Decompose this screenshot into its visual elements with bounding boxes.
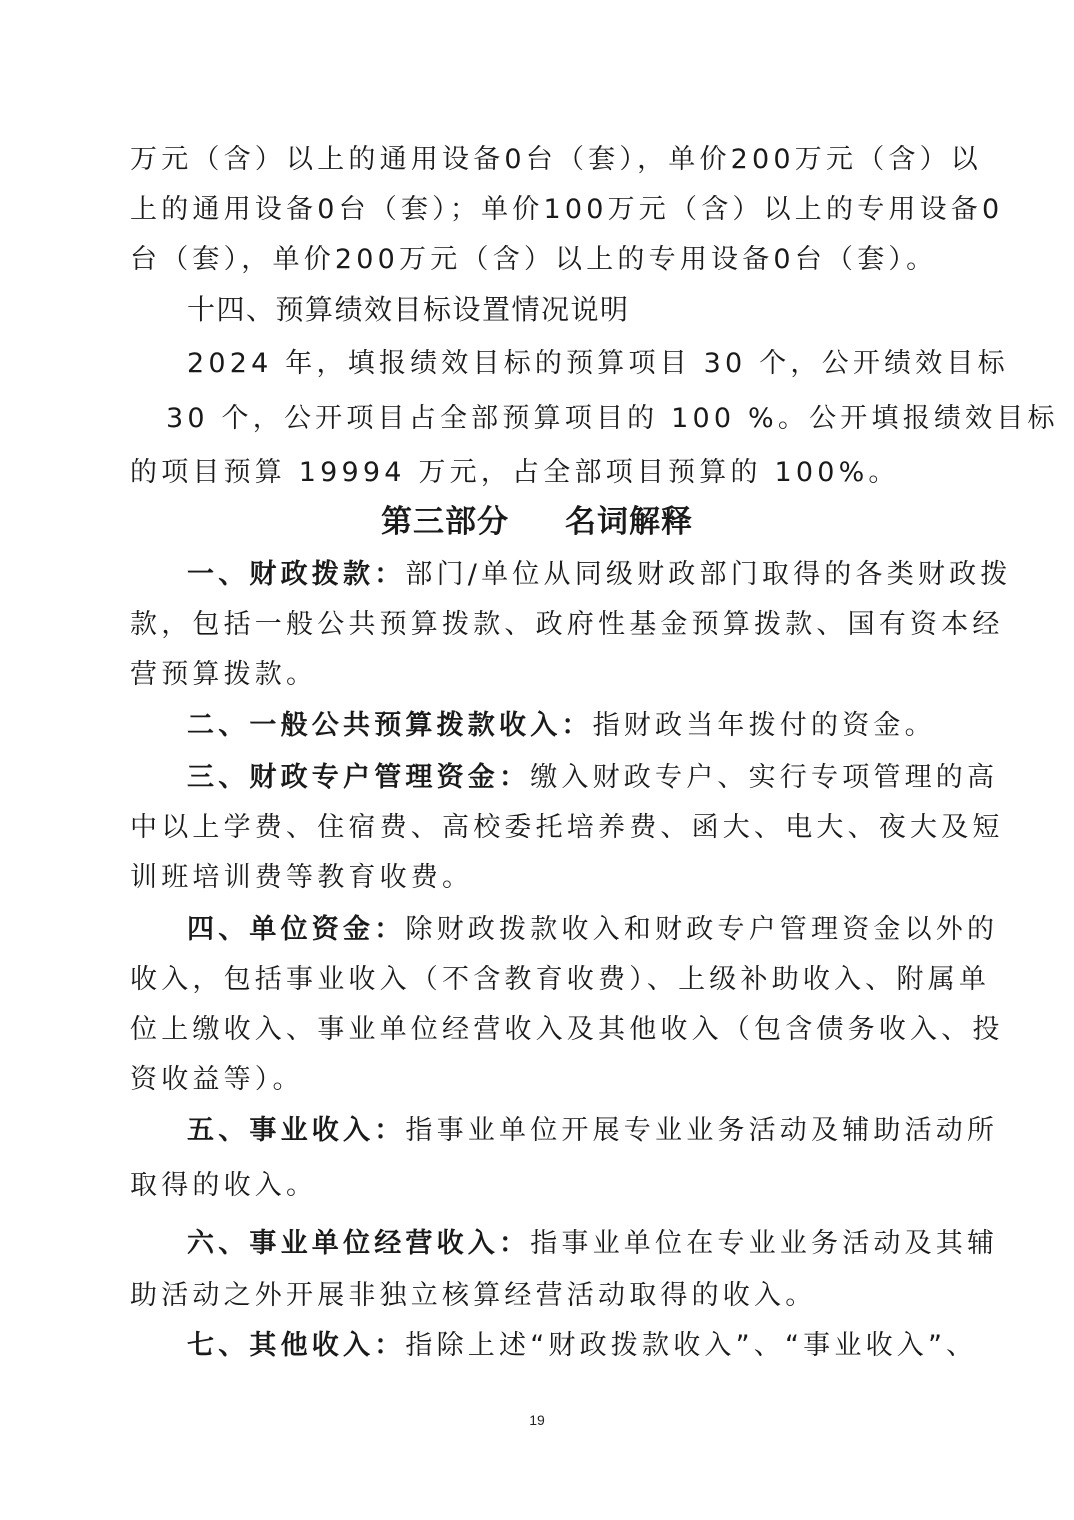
page-number: 19	[0, 1412, 1074, 1428]
term-label: 五、事业收入：	[187, 1115, 405, 1146]
paragraph-line: 2024 年，填报绩效目标的预算项目 30 个，公开绩效目标	[187, 346, 945, 382]
term-label: 四、单位资金：	[187, 914, 405, 945]
term-line: 五、事业收入：指事业单位开展专业业务活动及辅助活动所	[187, 1113, 945, 1149]
term-label: 六、事业单位经营收入：	[187, 1228, 530, 1259]
paragraph-line: 资收益等）。	[130, 1062, 945, 1098]
term-definition: 指除上述“财政拨款收入”、“事业收入”、	[405, 1330, 977, 1361]
paragraph-line: 中以上学费、住宿费、高校委托培养费、函大、电大、夜大及短	[130, 810, 945, 846]
term-label: 二、一般公共预算拨款收入：	[187, 710, 593, 741]
section-heading: 十四、预算绩效目标设置情况说明	[187, 292, 945, 328]
term-label: 三、财政专户管理资金：	[187, 762, 530, 793]
term-line: 二、一般公共预算拨款收入：指财政当年拨付的资金。	[187, 708, 945, 744]
paragraph-line: 30 个，公开项目占全部预算项目的 100 %。公开填报绩效目标	[166, 401, 945, 437]
term-definition: 指财政当年拨付的资金。	[593, 710, 936, 741]
paragraph-line: 的项目预算 19994 万元，占全部项目预算的 100%。	[130, 455, 945, 491]
term-label: 七、其他收入：	[187, 1330, 405, 1361]
paragraph-line: 位上缴收入、事业单位经营收入及其他收入（包含债务收入、投	[130, 1012, 945, 1048]
part-title-name: 名词解释	[565, 504, 693, 540]
paragraph-line: 台（套），单价200万元（含）以上的专用设备0台（套）。	[130, 242, 945, 278]
paragraph-line: 取得的收入。	[130, 1168, 945, 1204]
paragraph-line: 训班培训费等教育收费。	[130, 860, 945, 896]
term-line: 一、财政拨款：部门/单位从同级财政部门取得的各类财政拨	[187, 557, 945, 593]
part-title: 第三部分名词解释	[0, 502, 1074, 542]
term-definition: 指事业单位在专业业务活动及其辅	[530, 1228, 998, 1259]
term-definition: 指事业单位开展专业业务活动及辅助活动所	[405, 1115, 998, 1146]
term-definition: 除财政拨款收入和财政专户管理资金以外的	[405, 914, 998, 945]
term-definition: 缴入财政专户、实行专项管理的高	[530, 762, 998, 793]
part-title-number: 第三部分	[381, 504, 509, 540]
paragraph-line: 助活动之外开展非独立核算经营活动取得的收入。	[130, 1278, 945, 1314]
paragraph-line: 上的通用设备0台（套）；单价100万元（含）以上的专用设备0	[130, 192, 945, 228]
term-label: 一、财政拨款：	[187, 559, 405, 590]
paragraph-line: 营预算拨款。	[130, 657, 945, 693]
term-line: 六、事业单位经营收入：指事业单位在专业业务活动及其辅	[187, 1226, 945, 1262]
term-line: 四、单位资金：除财政拨款收入和财政专户管理资金以外的	[187, 912, 945, 948]
term-definition: 部门/单位从同级财政部门取得的各类财政拨	[405, 559, 1011, 590]
term-line: 七、其他收入：指除上述“财政拨款收入”、“事业收入”、	[187, 1328, 945, 1364]
paragraph-line: 收入，包括事业收入（不含教育收费）、上级补助收入、附属单	[130, 962, 945, 998]
term-line: 三、财政专户管理资金：缴入财政专户、实行专项管理的高	[187, 760, 945, 796]
paragraph-line: 款，包括一般公共预算拨款、政府性基金预算拨款、国有资本经	[130, 607, 945, 643]
paragraph-line: 万元（含）以上的通用设备0台（套），单价200万元（含）以	[130, 142, 945, 178]
